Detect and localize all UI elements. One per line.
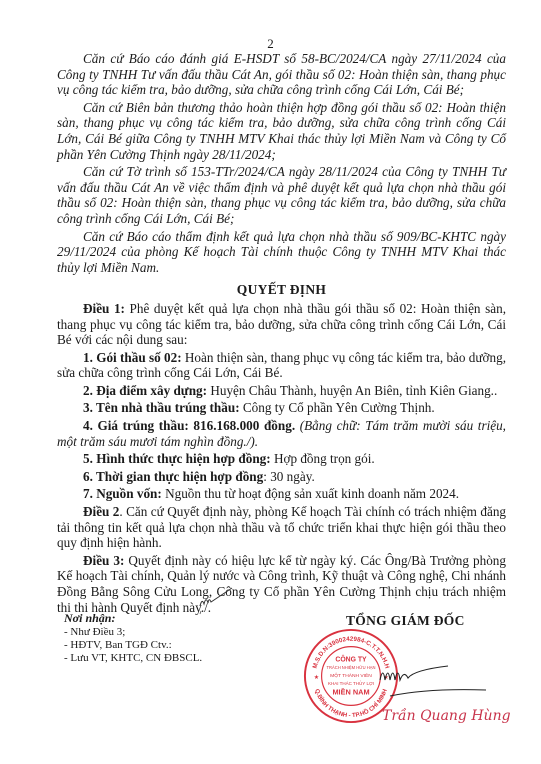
preamble-2: Căn cứ Biên bản thương thảo hoàn thiện h… — [57, 100, 506, 162]
decision-heading: QUYẾT ĐỊNH — [57, 282, 506, 298]
document-body: Căn cứ Báo cáo đánh giá E-HSDT số 58-BC/… — [57, 51, 506, 617]
preamble-1: Căn cứ Báo cáo đánh giá E-HSDT số 58-BC/… — [57, 51, 506, 98]
article-2: Điều 2. Căn cứ Quyết định này, phòng Kế … — [57, 504, 506, 551]
article-1-item-3: 3. Tên nhà thầu trúng thầu: Công ty Cổ p… — [57, 400, 506, 416]
svg-text:TRÁCH NHIỆM HỮU HẠN: TRÁCH NHIỆM HỮU HẠN — [327, 665, 376, 670]
preamble-3: Căn cứ Tờ trình số 153-TTr/2024/CA ngày … — [57, 164, 506, 226]
article-1-item-2: 2. Địa điểm xây dựng: Huyện Châu Thành, … — [57, 383, 506, 399]
recipient-item: - HĐTV, Ban TGĐ Ctv.: — [64, 639, 202, 652]
article-3-text: Quyết định này có hiệu lực kể từ ngày ký… — [57, 553, 506, 615]
article-1: Điều 1: Phê duyệt kết quả lựa chọn nhà t… — [57, 301, 506, 348]
page-number: 2 — [0, 36, 541, 52]
article-1-item-4: 4. Giá trúng thầu: 816.168.000 đồng. (Bằ… — [57, 418, 506, 449]
article-3: Điều 3: Quyết định này có hiệu lực kể từ… — [57, 553, 506, 615]
article-1-item-1: 1. Gói thầu số 02: Hoàn thiện sàn, thang… — [57, 350, 506, 381]
signer-name: Trần Quang Hùng — [382, 708, 511, 724]
recipient-item: - Như Điều 3; — [64, 626, 202, 639]
item-label: 5. Hình thức thực hiện hợp đồng: — [83, 451, 271, 466]
svg-text:KHAI THÁC THỦY LỢI: KHAI THÁC THỦY LỢI — [328, 680, 374, 686]
article-1-item-7: 7. Nguồn vốn: Nguồn thu từ hoạt động sản… — [57, 486, 506, 502]
svg-text:CÔNG TY: CÔNG TY — [335, 654, 367, 663]
article-2-text: . Căn cứ Quyết định này, phòng Kế hoạch … — [57, 504, 506, 550]
article-1-label: Điều 1: — [83, 301, 125, 316]
preamble-4: Căn cứ Báo cáo thẩm định kết quả lựa chọ… — [57, 229, 506, 276]
item-text: Công ty Cổ phần Yên Cường Thịnh. — [240, 400, 435, 415]
recipient-item: - Lưu VT, KHTC, CN ĐBSCL. — [64, 652, 202, 665]
item-text: Nguồn thu từ hoạt động sản xuất kinh doa… — [162, 486, 459, 501]
recipients-title: Nơi nhận: — [64, 612, 202, 625]
article-1-text: Phê duyệt kết quả lựa chọn nhà thầu gói … — [57, 301, 506, 347]
item-label: 3. Tên nhà thầu trúng thầu: — [83, 400, 240, 415]
article-2-label: Điều 2 — [83, 504, 119, 519]
item-label: 7. Nguồn vốn: — [83, 486, 162, 501]
svg-text:MỘT THÀNH VIÊN: MỘT THÀNH VIÊN — [330, 671, 372, 679]
item-text: : 30 ngày. — [263, 469, 315, 484]
article-3-label: Điều 3: — [83, 553, 124, 568]
item-text: Hợp đồng trọn gói. — [271, 451, 375, 466]
svg-text:★: ★ — [314, 674, 319, 681]
article-1-item-5: 5. Hình thức thực hiện hợp đồng: Hợp đồn… — [57, 451, 506, 467]
article-1-item-6: 6. Thời gian thực hiện hợp đồng: 30 ngày… — [57, 469, 506, 485]
item-label: 6. Thời gian thực hiện hợp đồng — [83, 469, 263, 484]
item-text: Huyện Châu Thành, huyện An Biên, tỉnh Ki… — [207, 383, 497, 398]
svg-text:MIỀN NAM: MIỀN NAM — [332, 687, 369, 697]
item-label: 4. Giá trúng thầu: 816.168.000 đồng. — [83, 418, 295, 433]
item-label: 1. Gói thầu số 02: — [83, 350, 182, 365]
item-label: 2. Địa điểm xây dựng: — [83, 383, 207, 398]
recipients-block: Nơi nhận: - Như Điều 3; - HĐTV, Ban TGĐ … — [64, 612, 202, 665]
